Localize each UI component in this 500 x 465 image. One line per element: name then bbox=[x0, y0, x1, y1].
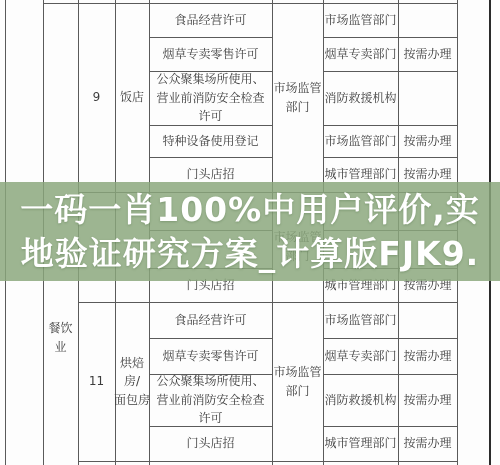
dept-cell: 市场监管部门 bbox=[323, 3, 398, 37]
merged-dept-cell: 市场监管 部门 bbox=[272, 3, 323, 192]
mode-cell: 按需办理 bbox=[398, 37, 457, 71]
mode-cell: 按需办理 bbox=[398, 374, 457, 426]
license-table-page: 餐饮 业 9 饭店 市场监管 部门 食品经营许可 市场监管部门 烟草专卖零售许可… bbox=[0, 0, 500, 465]
watermark-text-line2: 地验证研究方案_计算版FJK9. bbox=[21, 232, 479, 276]
dept-cell: 烟草专卖部门 bbox=[323, 338, 398, 374]
mode-cell: 按需办理 bbox=[398, 426, 457, 461]
category-cell: 餐饮 业 bbox=[43, 300, 78, 375]
license-cell: 特种设备使用登记 bbox=[149, 125, 272, 157]
license-cell: 公众聚集场所使用、营业前消防安全检查许可 bbox=[151, 71, 270, 125]
license-cell: 公众聚集场所使用、营业前消防安全检查许可 bbox=[151, 374, 270, 426]
watermark-banner: 一码一肖100%中用户评价,实 地验证研究方案_计算版FJK9. bbox=[0, 182, 500, 281]
mode-cell: 按需办理 bbox=[398, 125, 457, 157]
license-cell: 门头店招 bbox=[149, 426, 272, 461]
dept-cell: 市场监管部门 bbox=[323, 125, 398, 157]
dept-cell: 消防救援机构 bbox=[323, 374, 398, 426]
license-cell: 烟草专卖零售许可 bbox=[149, 37, 272, 71]
license-cell: 食品经营许可 bbox=[149, 302, 272, 338]
dept-cell: 市场监管部门 bbox=[323, 302, 398, 338]
mode-cell: 按需办理 bbox=[398, 338, 457, 374]
row-no-cell: 9 bbox=[78, 3, 115, 192]
dept-cell: 烟草专卖部门 bbox=[323, 37, 398, 71]
license-cell: 食品经营许可 bbox=[149, 3, 272, 37]
business-name-cell: 饭店 bbox=[113, 3, 151, 192]
row-no-cell: 11 bbox=[78, 302, 115, 461]
license-cell: 烟草专卖零售许可 bbox=[149, 338, 272, 374]
watermark-text-line1: 一码一肖100%中用户评价,实 bbox=[20, 188, 480, 232]
dept-cell: 消防救援机构 bbox=[323, 71, 398, 125]
dept-cell: 城市管理部门 bbox=[323, 426, 398, 461]
grid-h-line bbox=[78, 461, 457, 462]
business-name-cell: 烘焙 房/ 面包房 bbox=[113, 302, 151, 461]
merged-dept-cell: 市场监管 部门 bbox=[272, 302, 323, 461]
